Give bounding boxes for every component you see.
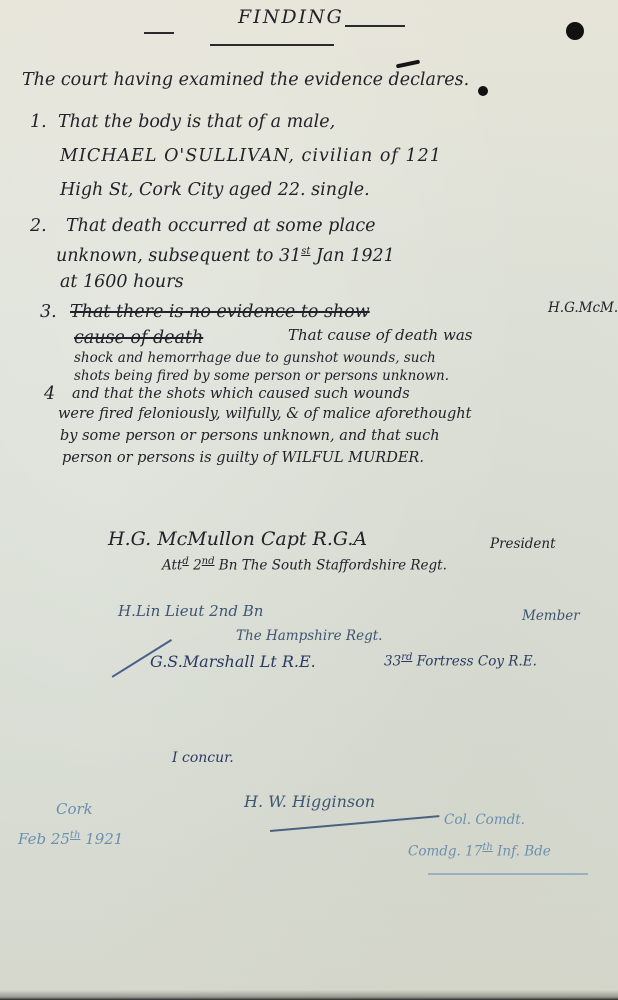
finding-line: by some person or persons unknown, and t… — [60, 428, 440, 444]
unit-text: Bn The South Staffordshire Regt. — [215, 558, 447, 574]
president-signature: H.G. McMullon Capt R.G.A — [108, 528, 367, 550]
concurrence-signature: H. W. Higginson — [244, 792, 375, 811]
president-unit: Attd 2nd Bn The South Staffordshire Regt… — [162, 556, 447, 574]
finding-line: That cause of death was — [288, 326, 472, 344]
struck-text: cause of death — [74, 328, 203, 348]
unit-text: Fortress Coy R.E. — [412, 654, 537, 670]
finding-line: That the body is that of a male, — [58, 112, 335, 132]
finding-text: Jan 1921 — [310, 246, 394, 266]
ordinal-suffix: nd — [202, 556, 215, 567]
document-title: FINDING — [238, 6, 344, 28]
finding-number: 2. — [30, 216, 47, 236]
concurrence-text: I concur. — [172, 750, 234, 766]
title-dash-left — [144, 32, 174, 34]
finding-number: 1. — [30, 112, 47, 132]
margin-initials: H.G.McM. — [548, 300, 618, 316]
finding-line: were fired feloniously, wilfully, & of m… — [58, 406, 471, 422]
member-2-unit: 33rd Fortress Coy R.E. — [384, 652, 537, 670]
unit-text: Att — [162, 558, 182, 574]
struck-text: That there is no evidence to show — [70, 302, 370, 322]
ink-blot — [478, 86, 488, 96]
member-2-signature: G.S.Marshall Lt R.E. — [150, 652, 316, 671]
rule-line — [428, 873, 588, 875]
finding-line: shots being fired by some person or pers… — [74, 368, 449, 384]
signature-underline — [270, 815, 439, 831]
unit-text: 2 — [189, 558, 202, 574]
ink-mark — [396, 60, 420, 69]
finding-line: unknown, subsequent to 31st Jan 1921 — [56, 246, 395, 266]
member-1-unit: The Hampshire Regt. — [236, 628, 382, 644]
member-1-signature: H.Lin Lieut 2nd Bn — [118, 602, 263, 620]
president-role: President — [490, 536, 556, 552]
preamble: The court having examined the evidence d… — [22, 70, 469, 90]
finding-line: High St, Cork City aged 22. single. — [60, 180, 370, 200]
date: Feb 25th 1921 — [18, 830, 123, 848]
ordinal-suffix: th — [70, 830, 80, 841]
date-text: Feb 25 — [18, 830, 70, 848]
finding-number: 3. — [40, 302, 57, 322]
unit-text: 33 — [384, 654, 401, 670]
finding-line: at 1600 hours — [60, 272, 184, 292]
command-text: Inf. Bde — [493, 844, 551, 860]
concurrence-role: Col. Comdt. — [444, 812, 525, 828]
ordinal-suffix: th — [482, 842, 492, 853]
ordinal-suffix: rd — [401, 652, 412, 663]
finding-text: unknown, subsequent to 31 — [56, 246, 301, 266]
place: Cork — [56, 800, 93, 818]
finding-line: MICHAEL O'SULLIVAN, civilian of 121 — [60, 146, 442, 166]
finding-line: person or persons is guilty of WILFUL MU… — [62, 450, 424, 466]
title-underline — [210, 44, 334, 46]
finding-number: 4 — [44, 384, 55, 404]
punch-hole — [566, 22, 584, 40]
command-text: Comdg. 17 — [408, 844, 482, 860]
concurrence-command: Comdg. 17th Inf. Bde — [408, 842, 551, 860]
finding-line: and that the shots which caused such wou… — [72, 386, 410, 402]
finding-line: That death occurred at some place — [66, 216, 376, 236]
page-edge-shadow — [0, 990, 618, 1000]
title-dash-right — [345, 25, 405, 27]
member-role: Member — [522, 608, 580, 624]
document-page: FINDING The court having examined the ev… — [0, 0, 618, 1000]
ordinal-suffix: st — [301, 246, 310, 257]
finding-line: shock and hemorrhage due to gunshot woun… — [74, 350, 436, 366]
date-text: 1921 — [80, 830, 123, 848]
